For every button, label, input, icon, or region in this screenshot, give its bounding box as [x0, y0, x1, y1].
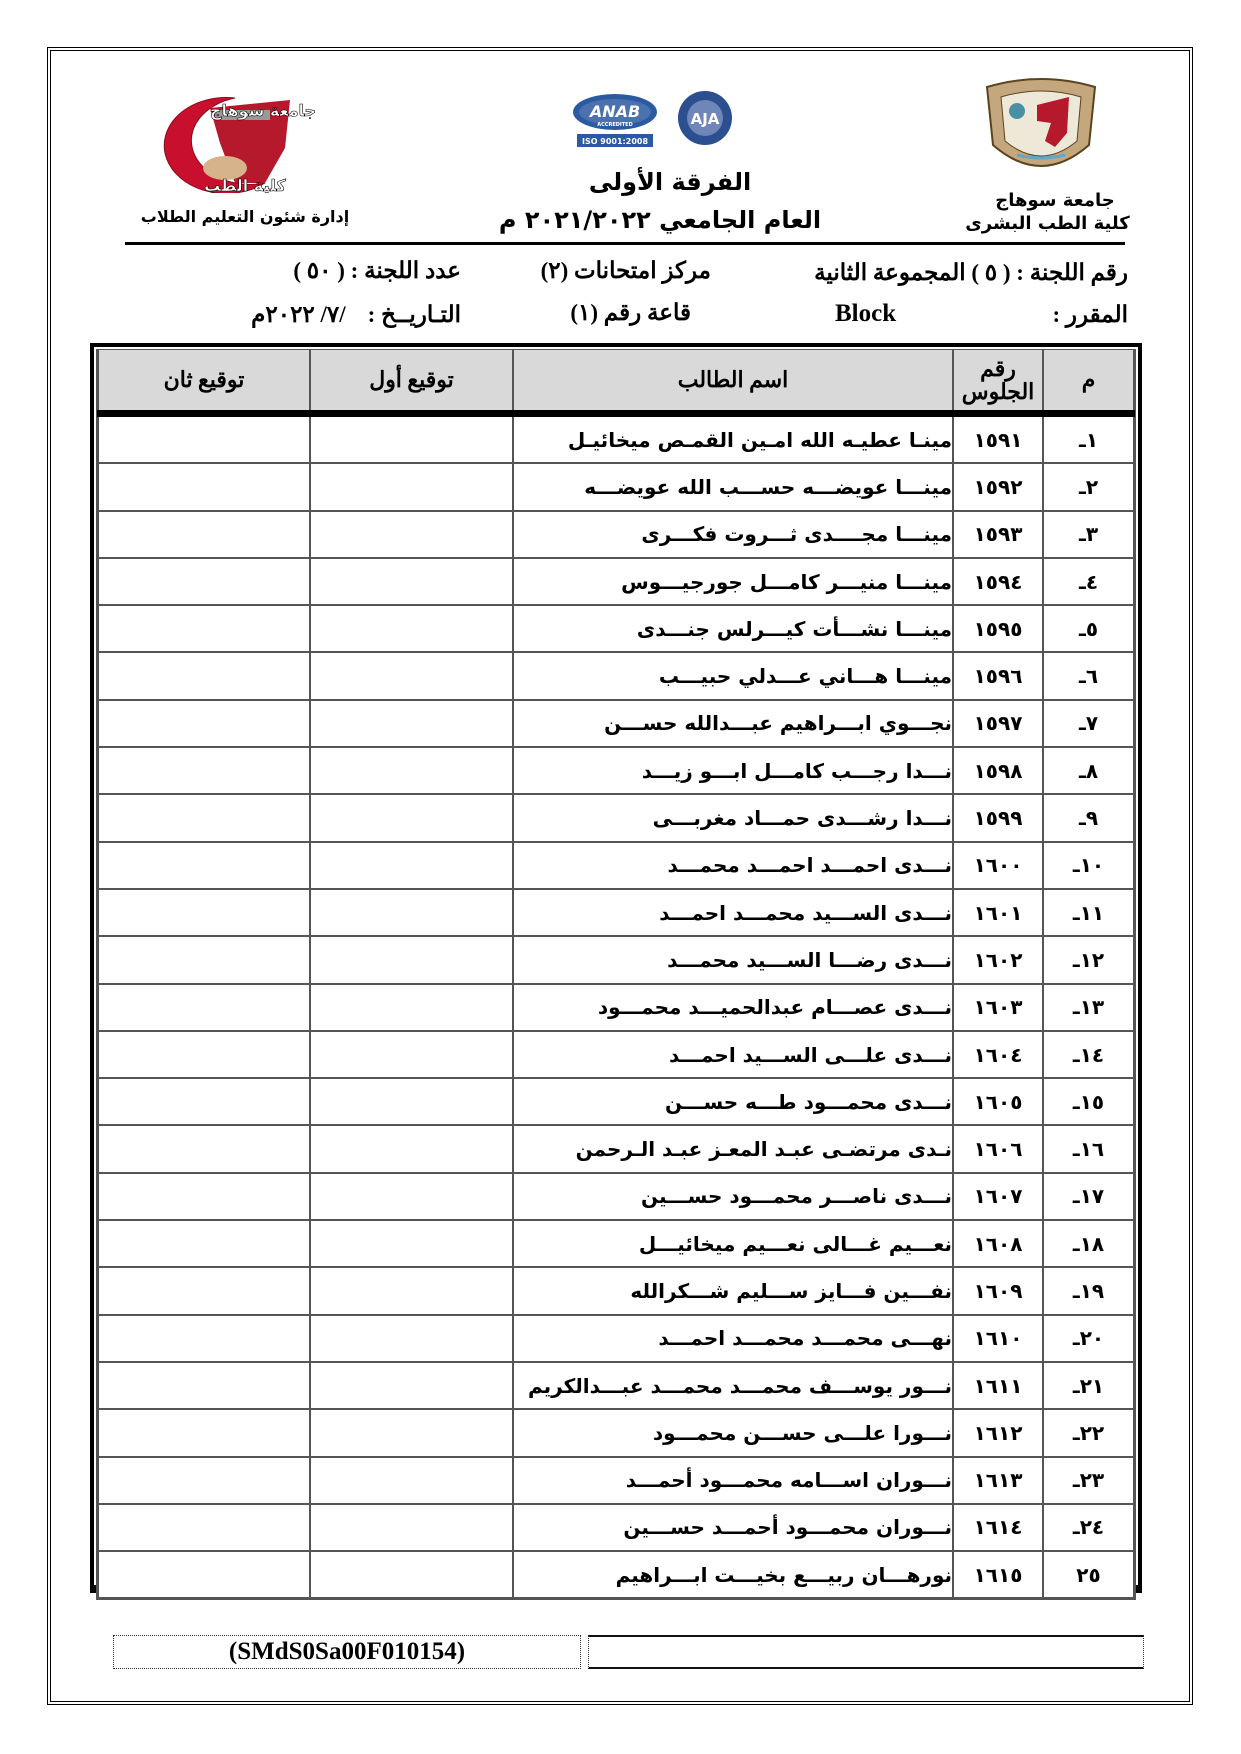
signature-first-cell[interactable]: [310, 842, 513, 889]
svg-text:ANAB: ANAB: [588, 102, 640, 121]
signature-second-cell[interactable]: [98, 1315, 310, 1362]
date-label: التـاريــخ :: [368, 302, 461, 327]
department-name: إدارة شئون التعليم الطلاب: [130, 207, 360, 226]
row-index: ١١ـ: [1043, 889, 1134, 936]
signature-first-cell[interactable]: [310, 605, 513, 652]
signature-second-cell[interactable]: [98, 1078, 310, 1125]
student-name: نهـــى محمـــد محمـــد احمـــد: [513, 1315, 953, 1362]
seat-number: ١٦٠٠: [953, 842, 1043, 889]
signature-second-cell[interactable]: [98, 1457, 310, 1504]
seat-number: ١٦١٥: [953, 1551, 1043, 1598]
student-name: مينـا عطيـه الله امـين القمـص ميخائيـل: [513, 414, 953, 464]
seat-number: ١٦٠٦: [953, 1125, 1043, 1172]
table-row: ١٨ـ١٦٠٨نعـــيم غـــالى نعـــيم ميخائيـــ…: [98, 1220, 1134, 1267]
signature-second-cell[interactable]: [98, 842, 310, 889]
header-signature-second: توقيع ثان: [98, 350, 310, 414]
seat-number: ١٦٠٣: [953, 984, 1043, 1031]
signature-second-cell[interactable]: [98, 414, 310, 464]
student-roster: م رقمالجلوس اسم الطالب توقيع أول توقيع ث…: [90, 343, 1142, 1593]
row-index: ٢٥: [1043, 1551, 1134, 1598]
signature-second-cell[interactable]: [98, 463, 310, 510]
row-index: ١٤ـ: [1043, 1031, 1134, 1078]
signature-first-cell[interactable]: [310, 1457, 513, 1504]
faculty-of-medicine-crescent-logo: جامعة سوهاج كلية الطب: [115, 88, 315, 193]
student-name: نـــدى ناصـــر محمـــود حســـين: [513, 1173, 953, 1220]
student-name: نـــدى رضـــا الســـيد محمـــد: [513, 936, 953, 983]
signature-first-cell[interactable]: [310, 1504, 513, 1551]
seat-number: ١٦٠٢: [953, 936, 1043, 983]
signature-first-cell[interactable]: [310, 1031, 513, 1078]
table-row: ١٣ـ١٦٠٣نـــدى عصـــام عبدالحميـــد محمــ…: [98, 984, 1134, 1031]
student-name: مينـــا مجــــدى ثـــروت فكـــرى: [513, 511, 953, 558]
signature-first-cell[interactable]: [310, 984, 513, 1031]
student-name: نـــور يوســـف محمـــد محمـــد عبـــدالك…: [513, 1362, 953, 1409]
student-name: نـــدى محمـــود طـــه حســـن: [513, 1078, 953, 1125]
table-row: ١٢ـ١٦٠٢نـــدى رضـــا الســـيد محمـــد: [98, 936, 1134, 983]
svg-text:ISO 9001:2008: ISO 9001:2008: [582, 137, 648, 146]
seat-number: ١٥٩٢: [953, 463, 1043, 510]
signature-first-cell[interactable]: [310, 936, 513, 983]
course-value: Block: [835, 300, 896, 328]
seat-number: ١٦١٠: [953, 1315, 1043, 1362]
table-row: ٢١ـ١٦١١نـــور يوســـف محمـــد محمـــد عب…: [98, 1362, 1134, 1409]
signature-first-cell[interactable]: [310, 558, 513, 605]
student-name: مينـــا نشـــأت كيـــرلس جنـــدى: [513, 605, 953, 652]
student-name: نجـــوي ابـــراهيم عبـــدالله حســـن: [513, 700, 953, 747]
signature-second-cell[interactable]: [98, 936, 310, 983]
row-index: ١٨ـ: [1043, 1220, 1134, 1267]
year-level-title: الفرقة الأولى: [520, 168, 820, 196]
signature-first-cell[interactable]: [310, 652, 513, 699]
signature-second-cell[interactable]: [98, 1362, 310, 1409]
signature-second-cell[interactable]: [98, 1504, 310, 1551]
signature-first-cell[interactable]: [310, 889, 513, 936]
anab-accredited-logo: ANAB ACCREDITED ISO 9001:2008: [573, 94, 657, 147]
sohag-university-crest-logo: [977, 75, 1105, 187]
table-row: ٩ـ١٥٩٩نـــدا رشـــدى حمـــاد مغربـــى: [98, 794, 1134, 841]
table-row: ٥ـ١٥٩٥مينـــا نشـــأت كيـــرلس جنـــدى: [98, 605, 1134, 652]
table-row: ٦ـ١٥٩٦مينـــا هـــاني عـــدلي حبيـــب: [98, 652, 1134, 699]
signature-first-cell[interactable]: [310, 747, 513, 794]
signature-first-cell[interactable]: [310, 1125, 513, 1172]
table-row: ٣ـ١٥٩٣مينـــا مجــــدى ثـــروت فكـــرى: [98, 511, 1134, 558]
row-index: ٢٣ـ: [1043, 1457, 1134, 1504]
header-index: م: [1043, 350, 1134, 414]
signature-second-cell[interactable]: [98, 984, 310, 1031]
seat-number: ١٦١٤: [953, 1504, 1043, 1551]
student-name: نـدى مرتضـى عبـد المعـز عبـد الـرحمن: [513, 1125, 953, 1172]
signature-second-cell[interactable]: [98, 605, 310, 652]
row-index: ٣ـ: [1043, 511, 1134, 558]
seat-number: ١٥٩٦: [953, 652, 1043, 699]
signature-first-cell[interactable]: [310, 1362, 513, 1409]
course-label: المقرر :: [1052, 302, 1128, 328]
signature-second-cell[interactable]: [98, 1267, 310, 1314]
table-row: ١٥ـ١٦٠٥نـــدى محمـــود طـــه حســـن: [98, 1078, 1134, 1125]
student-name: نعـــيم غـــالى نعـــيم ميخائيـــل: [513, 1220, 953, 1267]
signature-first-cell[interactable]: [310, 1267, 513, 1314]
table-row: ٢٠ـ١٦١٠نهـــى محمـــد محمـــد احمـــد: [98, 1315, 1134, 1362]
signature-second-cell[interactable]: [98, 1173, 310, 1220]
row-index: ٢٠ـ: [1043, 1315, 1134, 1362]
svg-text:AJA: AJA: [691, 110, 720, 128]
student-name: نـــدى عصـــام عبدالحميـــد محمـــود: [513, 984, 953, 1031]
signature-second-cell[interactable]: [98, 558, 310, 605]
table-row: ٢٢ـ١٦١٢نـــورا علـــى حســـن محمـــود: [98, 1409, 1134, 1456]
table-row: ٨ـ١٥٩٨نـــدا رجـــب كامـــل ابـــو زيـــ…: [98, 747, 1134, 794]
seat-number: ١٦٠٩: [953, 1267, 1043, 1314]
seat-number: ١٦٠٥: [953, 1078, 1043, 1125]
table-row: ٢ـ١٥٩٢مينـــا عويضـــه حســـب الله عويضـ…: [98, 463, 1134, 510]
svg-text:كلية الطب: كلية الطب: [204, 176, 286, 193]
table-row: ١ـ١٥٩١مينـا عطيـه الله امـين القمـص ميخا…: [98, 414, 1134, 464]
student-name: مينـــا منيـــر كامـــل جورجيـــوس: [513, 558, 953, 605]
document-code: (SMdS0Sa00F010154): [113, 1635, 581, 1669]
row-index: ٩ـ: [1043, 794, 1134, 841]
student-name: نـــدى احمـــد احمـــد محمـــد: [513, 842, 953, 889]
signature-second-cell[interactable]: [98, 1551, 310, 1598]
signature-first-cell[interactable]: [310, 414, 513, 464]
header-student-name: اسم الطالب: [513, 350, 953, 414]
roster-table: م رقمالجلوس اسم الطالب توقيع أول توقيع ث…: [97, 350, 1135, 1599]
seat-number: ١٥٩٥: [953, 605, 1043, 652]
svg-text:ACCREDITED: ACCREDITED: [597, 122, 632, 128]
table-row: ١٤ـ١٦٠٤نـــدى علـــى الســـيد احمـــد: [98, 1031, 1134, 1078]
seat-number: ١٦١٣: [953, 1457, 1043, 1504]
seat-number: ١٥٩٨: [953, 747, 1043, 794]
row-index: ٥ـ: [1043, 605, 1134, 652]
row-index: ٨ـ: [1043, 747, 1134, 794]
row-index: ٤ـ: [1043, 558, 1134, 605]
row-index: ١٩ـ: [1043, 1267, 1134, 1314]
seat-number: ١٥٩٣: [953, 511, 1043, 558]
student-name: نـــورا علـــى حســـن محمـــود: [513, 1409, 953, 1456]
seat-number: ١٦١٢: [953, 1409, 1043, 1456]
signature-first-cell[interactable]: [310, 1551, 513, 1598]
signature-first-cell[interactable]: [310, 700, 513, 747]
header-seat-line1: رقم: [980, 356, 1016, 381]
seat-number: ١٥٩٧: [953, 700, 1043, 747]
student-name: مينـــا هـــاني عـــدلي حبيـــب: [513, 652, 953, 699]
table-header-row: م رقمالجلوس اسم الطالب توقيع أول توقيع ث…: [98, 350, 1134, 414]
row-index: ١٧ـ: [1043, 1173, 1134, 1220]
student-name: نفـــين فـــايز ســـليم شـــكرالله: [513, 1267, 953, 1314]
student-name: نـــدا رجـــب كامـــل ابـــو زيـــد: [513, 747, 953, 794]
signature-second-cell[interactable]: [98, 1409, 310, 1456]
header-signature-first: توقيع أول: [310, 350, 513, 414]
seat-number: ١٦٠١: [953, 889, 1043, 936]
signature-second-cell[interactable]: [98, 1031, 310, 1078]
row-index: ١٦ـ: [1043, 1125, 1134, 1172]
row-index: ٢٤ـ: [1043, 1504, 1134, 1551]
table-row: ٤ـ١٥٩٤مينـــا منيـــر كامـــل جورجيـــوس: [98, 558, 1134, 605]
student-name: نـــدى علـــى الســـيد احمـــد: [513, 1031, 953, 1078]
student-name: مينـــا عويضـــه حســـب الله عويضـــه: [513, 463, 953, 510]
seat-number: ١٦٠٨: [953, 1220, 1043, 1267]
seat-number: ١٦٠٤: [953, 1031, 1043, 1078]
signature-first-cell[interactable]: [310, 794, 513, 841]
signature-second-cell[interactable]: [98, 1125, 310, 1172]
table-row: ٢٥١٦١٥نورهـــان ربيـــع بخيـــت ابـــراه…: [98, 1551, 1134, 1598]
seat-number: ١٥٩٩: [953, 794, 1043, 841]
row-index: ١ـ: [1043, 414, 1134, 464]
student-name: نـــدا رشـــدى حمـــاد مغربـــى: [513, 794, 953, 841]
row-index: ١٣ـ: [1043, 984, 1134, 1031]
row-index: ٧ـ: [1043, 700, 1134, 747]
row-index: ١٥ـ: [1043, 1078, 1134, 1125]
signature-first-cell[interactable]: [310, 1078, 513, 1125]
footer-blank-box: [588, 1635, 1144, 1669]
signature-first-cell[interactable]: [310, 463, 513, 510]
signature-second-cell[interactable]: [98, 889, 310, 936]
faculty-name: كلية الطب البشرى: [965, 213, 1130, 234]
signature-first-cell[interactable]: [310, 1173, 513, 1220]
row-index: ٢١ـ: [1043, 1362, 1134, 1409]
university-name: جامعة سوهاج: [980, 190, 1130, 211]
row-index: ٦ـ: [1043, 652, 1134, 699]
seat-number: ١٥٩١: [953, 414, 1043, 464]
seat-number: ١٥٩٤: [953, 558, 1043, 605]
signature-second-cell[interactable]: [98, 747, 310, 794]
table-row: ١٩ـ١٦٠٩نفـــين فـــايز ســـليم شـــكرالل…: [98, 1267, 1134, 1314]
student-name: نورهـــان ربيـــع بخيـــت ابـــراهيم: [513, 1551, 953, 1598]
header-seat-number: رقمالجلوس: [953, 350, 1043, 414]
academic-year-title: العام الجامعي ٢٠٢١/٢٠٢٢ م: [480, 206, 840, 234]
signature-second-cell[interactable]: [98, 794, 310, 841]
svg-text:جامعة سوهاج: جامعة سوهاج: [210, 101, 315, 120]
table-row: ٧ـ١٥٩٧نجـــوي ابـــراهيم عبـــدالله حســ…: [98, 700, 1134, 747]
committee-number: رقم اللجنة : ( ٥ ) المجموعة الثانية: [814, 260, 1128, 286]
table-row: ١٦ـ١٦٠٦نـدى مرتضـى عبـد المعـز عبـد الـر…: [98, 1125, 1134, 1172]
student-name: نـــوران محمـــود أحمـــد حســـين: [513, 1504, 953, 1551]
header-divider: [125, 242, 1125, 245]
exam-center: مركز امتحانات (٢): [541, 258, 711, 284]
signature-first-cell[interactable]: [310, 1409, 513, 1456]
table-row: ١٠ـ١٦٠٠نـــدى احمـــد احمـــد محمـــد: [98, 842, 1134, 889]
student-name: نـــوران اســـامه محمـــود أحمـــد: [513, 1457, 953, 1504]
table-row: ١٧ـ١٦٠٧نـــدى ناصـــر محمـــود حســـين: [98, 1173, 1134, 1220]
signature-first-cell[interactable]: [310, 1220, 513, 1267]
signature-first-cell[interactable]: [310, 511, 513, 558]
signature-second-cell[interactable]: [98, 700, 310, 747]
table-row: ٢٤ـ١٦١٤نـــوران محمـــود أحمـــد حســـين: [98, 1504, 1134, 1551]
hall-number: قاعة رقم (١): [570, 300, 691, 326]
seat-number: ١٦١١: [953, 1362, 1043, 1409]
roster-body: ١ـ١٥٩١مينـا عطيـه الله امـين القمـص ميخا…: [98, 414, 1134, 1599]
signature-first-cell[interactable]: [310, 1315, 513, 1362]
row-index: ١٢ـ: [1043, 936, 1134, 983]
signature-second-cell[interactable]: [98, 652, 310, 699]
committee-count: عدد اللجنة : ( ٥٠ ): [293, 258, 461, 284]
student-name: نـــدى الســـيد محمـــد احمـــد: [513, 889, 953, 936]
row-index: ٢٢ـ: [1043, 1409, 1134, 1456]
table-row: ١١ـ١٦٠١نـــدى الســـيد محمـــد احمـــد: [98, 889, 1134, 936]
row-index: ١٠ـ: [1043, 842, 1134, 889]
signature-second-cell[interactable]: [98, 1220, 310, 1267]
exam-date: التـاريــخ :/٧/ ٢٠٢٢م: [251, 302, 461, 328]
header-seat-line2: الجلوس: [962, 379, 1035, 404]
seat-number: ١٦٠٧: [953, 1173, 1043, 1220]
row-index: ٢ـ: [1043, 463, 1134, 510]
aja-registrars-logo: AJA: [678, 91, 732, 145]
table-row: ٢٣ـ١٦١٣نـــوران اســـامه محمـــود أحمـــ…: [98, 1457, 1134, 1504]
date-value: /٧/ ٢٠٢٢م: [251, 302, 346, 327]
signature-second-cell[interactable]: [98, 511, 310, 558]
accreditation-logos: ANAB ACCREDITED ISO 9001:2008 AJA: [565, 90, 755, 152]
